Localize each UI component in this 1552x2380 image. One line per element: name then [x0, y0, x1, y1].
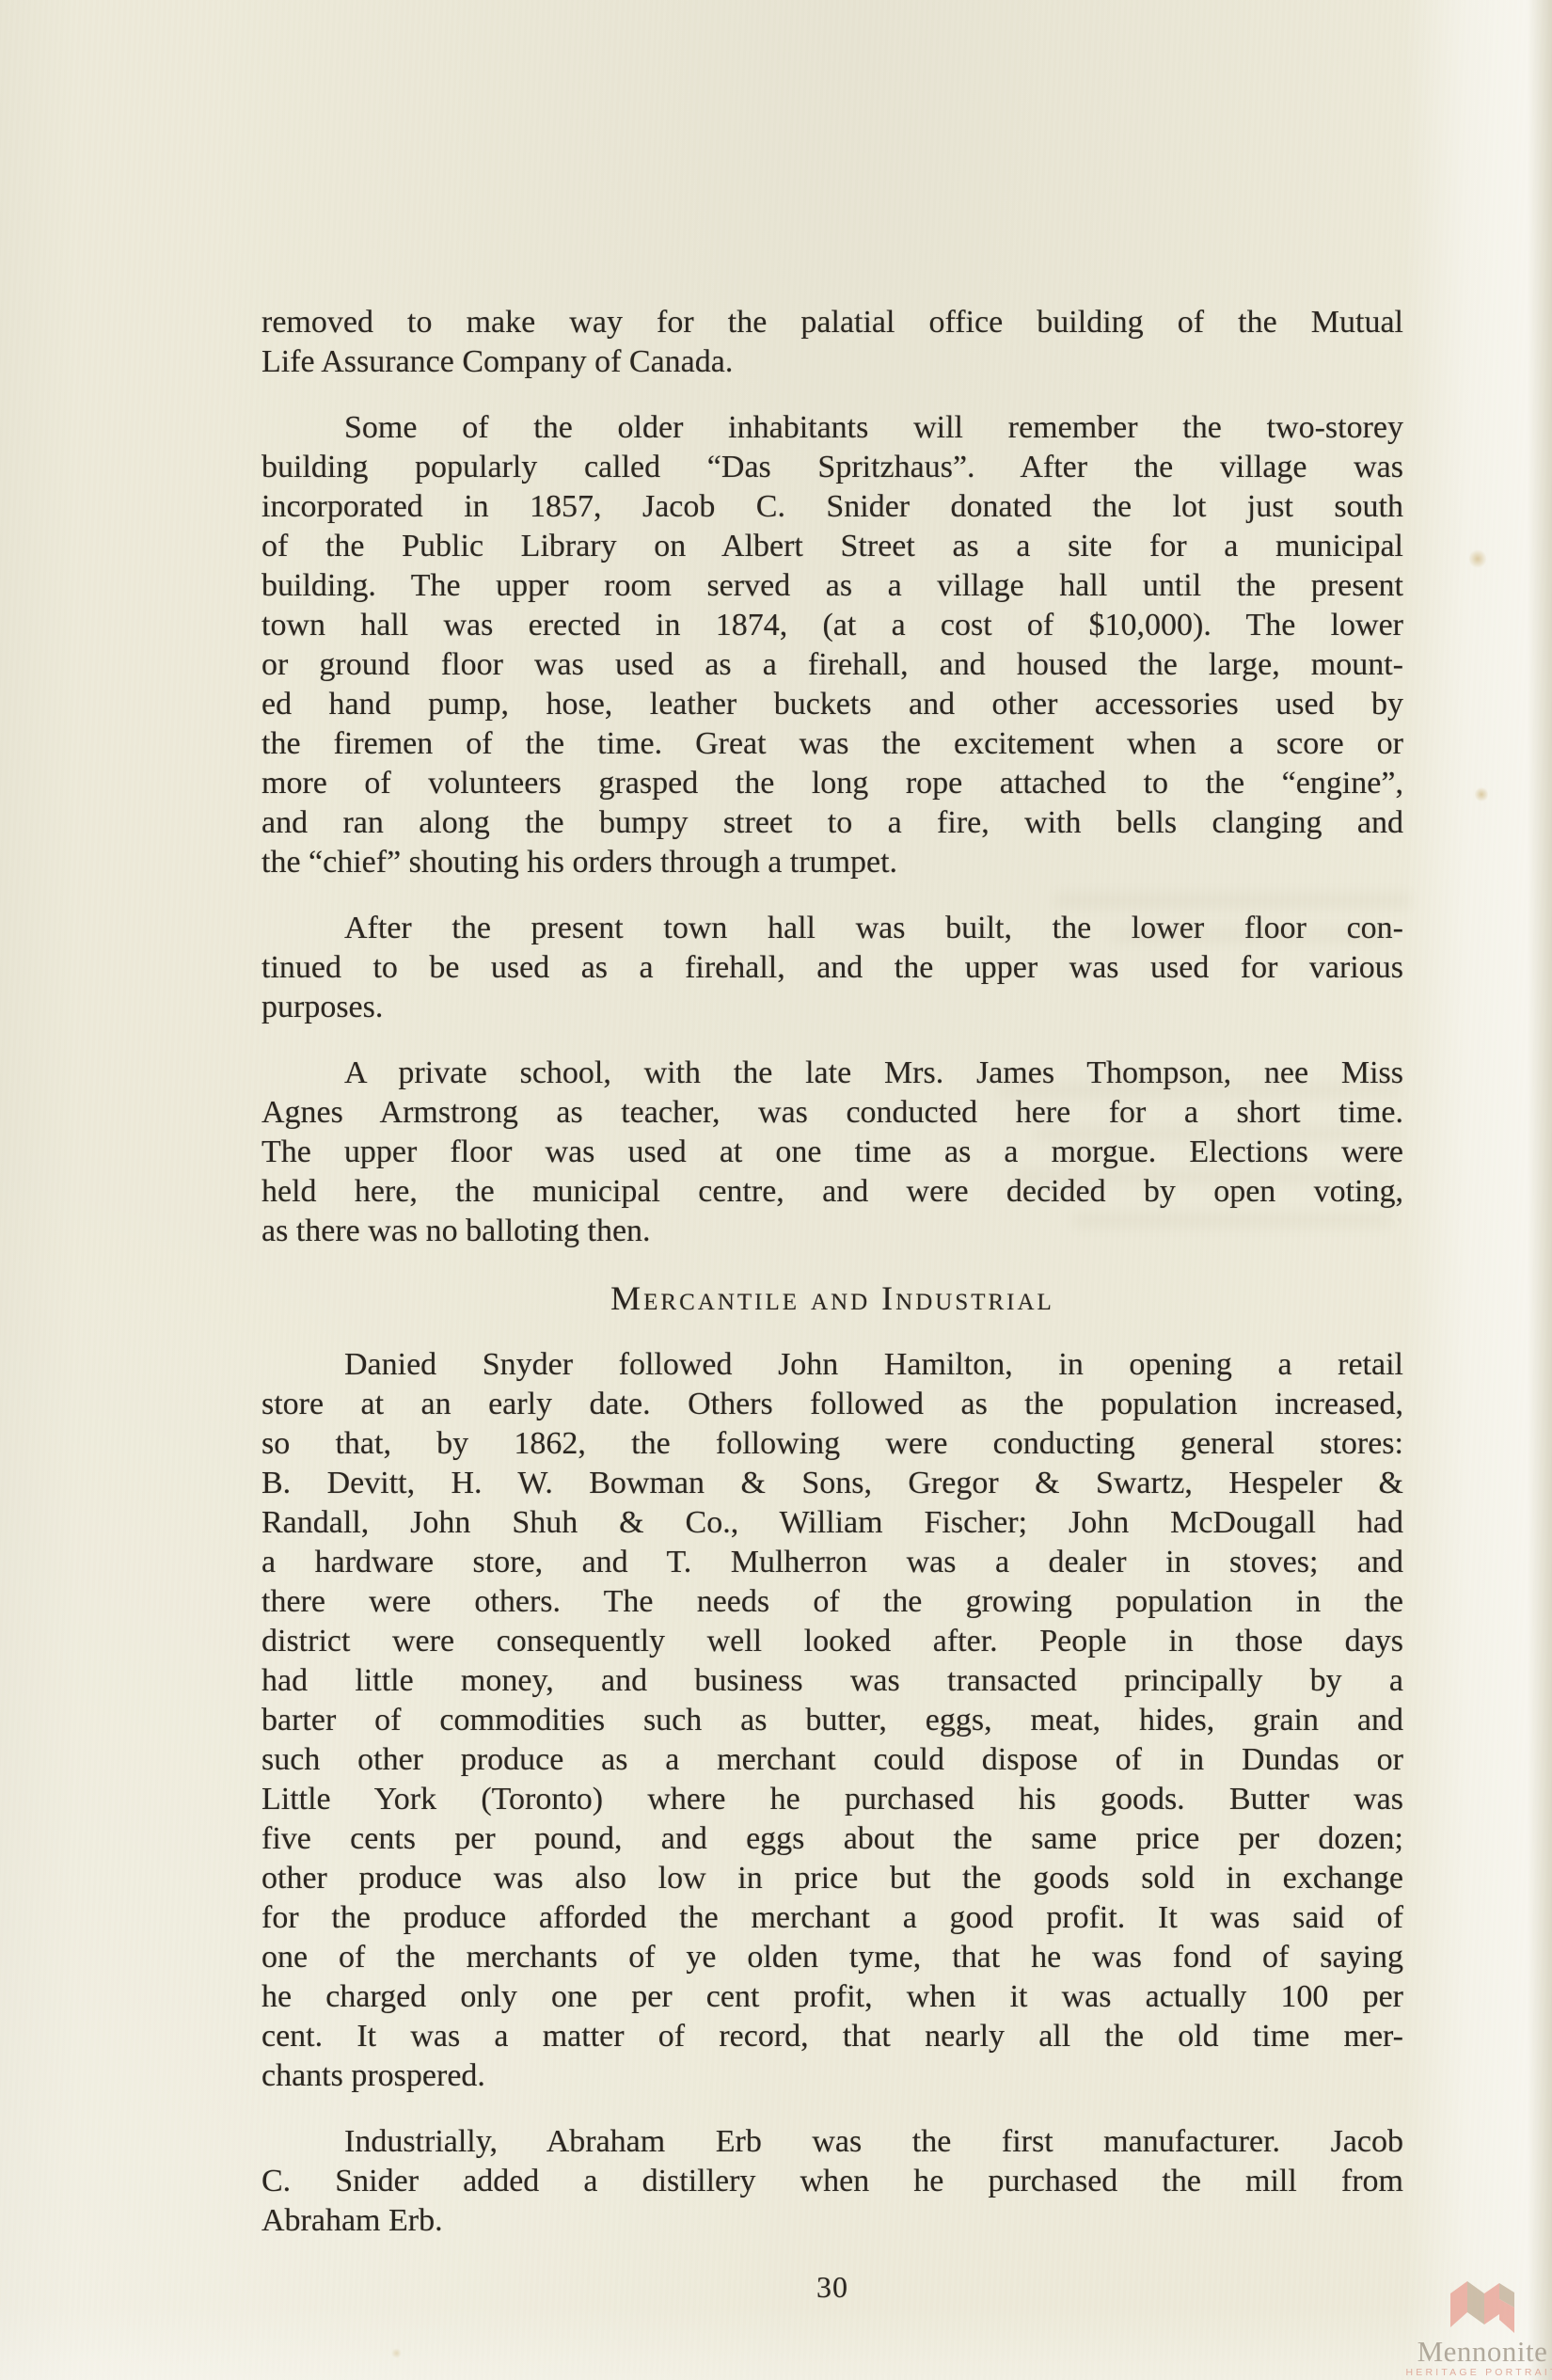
text-line: five cents per pound, and eggs about the…: [261, 1819, 1403, 1859]
text-line: other produce was also low in price but …: [261, 1859, 1403, 1898]
text-line: ed hand pump, hose, leather buckets and …: [261, 685, 1403, 724]
bleed-through-smudge: [1072, 1212, 1392, 1229]
paper-stain: [1469, 548, 1486, 569]
text-line: Randall, John Shuh & Co., William Fische…: [261, 1503, 1403, 1543]
text-block: removed to make way for the palatial off…: [261, 303, 1403, 2307]
text-line: chants prospered.: [261, 2056, 1403, 2096]
text-line: for the produce afforded the merchant a …: [261, 1898, 1403, 1938]
text-line: or ground floor was used as a firehall, …: [261, 645, 1403, 685]
mennonite-ribbon-m-logo-icon: [1449, 2278, 1516, 2333]
paragraph: removed to make way for the palatial off…: [261, 303, 1403, 382]
text-line: the firemen of the time. Great was the e…: [261, 724, 1403, 764]
bleed-through-smudge: [1016, 1168, 1392, 1185]
bleed-through-smudge: [997, 1082, 1402, 1099]
paper-stain: [1475, 786, 1488, 802]
text-line: building. The upper room served as a vil…: [261, 566, 1403, 606]
text-line: purposes.: [261, 988, 1403, 1027]
text-line: Some of the older inhabitants will remem…: [261, 408, 1403, 448]
text-line: Little York (Toronto) where he purchased…: [261, 1780, 1403, 1819]
text-line: town hall was erected in 1874, (at a cos…: [261, 606, 1403, 645]
text-line: Industrially, Abraham Erb was the first …: [261, 2122, 1403, 2162]
text-line: building popularly called “Das Spritzhau…: [261, 448, 1403, 487]
watermark-subtitle: HERITAGE PORTRAIT: [1405, 2367, 1552, 2378]
text-line: a hardware store, and T. Mulherron was a…: [261, 1543, 1403, 1582]
text-line: cent. It was a matter of record, that ne…: [261, 2017, 1403, 2056]
bleed-through-smudge: [1035, 1125, 1402, 1142]
text-line: Abraham Erb.: [261, 2201, 1403, 2241]
text-line: the “chief” shouting his orders through …: [261, 843, 1403, 882]
text-line: and ran along the bumpy street to a fire…: [261, 803, 1403, 843]
text-line: had little money, and business was trans…: [261, 1661, 1403, 1701]
paragraph: Danied Snyder followed John Hamilton, in…: [261, 1345, 1403, 2096]
text-line: C. Snider added a distillery when he pur…: [261, 2162, 1403, 2201]
bleed-through-smudge: [1053, 892, 1411, 909]
paragraph: Some of the older inhabitants will remem…: [261, 408, 1403, 882]
paragraph: Industrially, Abraham Erb was the first …: [261, 2122, 1403, 2241]
text-line: removed to make way for the palatial off…: [261, 303, 1403, 342]
text-line: Danied Snyder followed John Hamilton, in…: [261, 1345, 1403, 1385]
text-line: incorporated in 1857, Jacob C. Snider do…: [261, 487, 1403, 527]
paper-stain: [391, 2348, 402, 2358]
watermark-title: Mennonite: [1417, 2338, 1548, 2366]
section-heading: Mercantile and Industrial: [261, 1277, 1403, 1319]
scanned-book-page: removed to make way for the palatial off…: [0, 0, 1552, 2380]
text-line: B. Devitt, H. W. Bowman & Sons, Gregor &…: [261, 1464, 1403, 1503]
text-line: district were consequently well looked a…: [261, 1622, 1403, 1661]
bleed-through-smudge: [1110, 928, 1392, 943]
paragraph: After the present town hall was built, t…: [261, 909, 1403, 1027]
text-line: store at an early date. Others followed …: [261, 1385, 1403, 1424]
text-line: tinued to be used as a firehall, and the…: [261, 948, 1403, 988]
text-line: there were others. The needs of the grow…: [261, 1582, 1403, 1622]
text-line: more of volunteers grasped the long rope…: [261, 764, 1403, 803]
text-line: so that, by 1862, the following were con…: [261, 1424, 1403, 1464]
archive-watermark: Mennonite HERITAGE PORTRAIT: [1418, 2278, 1546, 2378]
text-line: he charged only one per cent profit, whe…: [261, 1977, 1403, 2017]
text-line: barter of commodities such as butter, eg…: [261, 1701, 1403, 1740]
page-number: 30: [261, 2267, 1403, 2307]
text-line: Life Assurance Company of Canada.: [261, 342, 1403, 382]
text-line: such other produce as a merchant could d…: [261, 1740, 1403, 1780]
text-line: of the Public Library on Albert Street a…: [261, 527, 1403, 566]
text-line: one of the merchants of ye olden tyme, t…: [261, 1938, 1403, 1977]
